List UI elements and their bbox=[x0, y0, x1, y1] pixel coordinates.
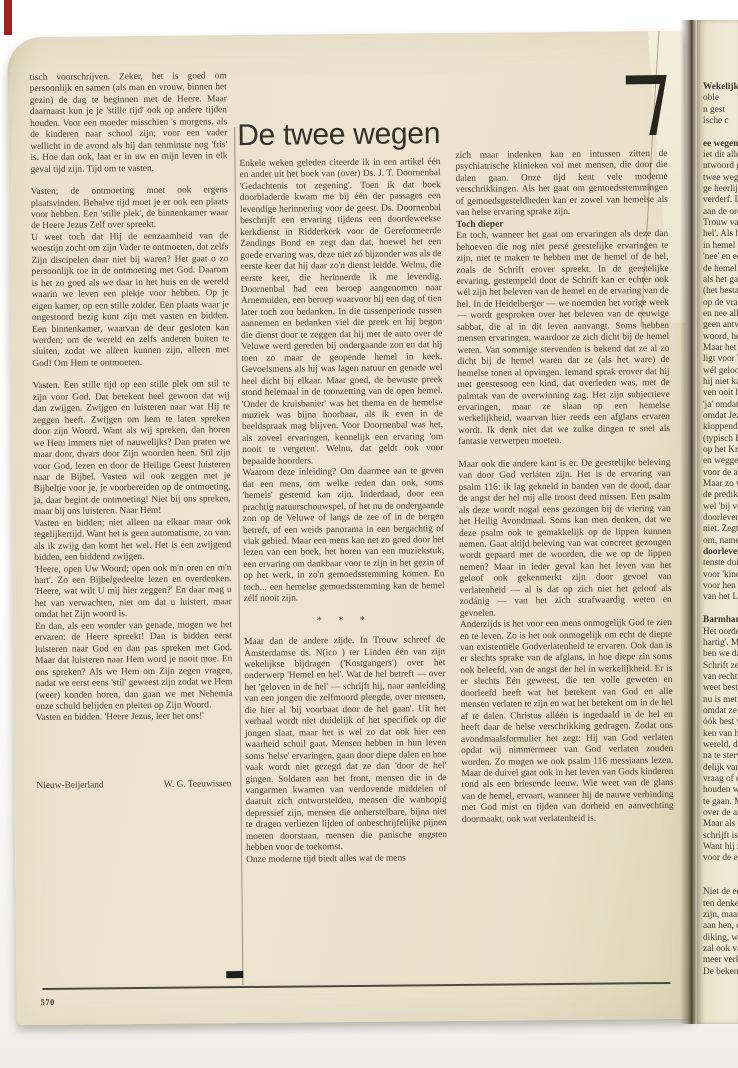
column-end-mark bbox=[226, 971, 243, 978]
text-line bbox=[703, 127, 738, 138]
paragraph: Enkele weken geleden citeerde ik in een … bbox=[239, 157, 443, 468]
paragraph: Vasten; de ontmoeting moet ook ergens pl… bbox=[31, 185, 228, 233]
text-line: De beken bbox=[703, 967, 738, 978]
text-line: delijk van bbox=[703, 763, 738, 774]
text-line: doorleven n bbox=[703, 513, 738, 524]
text-line: geen antwo bbox=[703, 320, 738, 331]
text-line: na te sterve bbox=[703, 751, 738, 762]
text-line: Maar als d bbox=[703, 819, 738, 830]
text-line: doorleven bbox=[703, 547, 738, 558]
text-line: te gaan. M bbox=[703, 797, 738, 808]
paragraph: Maar dan de andere zijde. In Trouw schre… bbox=[244, 635, 447, 855]
paragraph: Vasten. Een stille tijd op een stille pl… bbox=[33, 379, 231, 518]
text-line: diking, wa bbox=[703, 933, 738, 944]
article-signature: Nieuw-Beijerland W. G. Teeuwissen bbox=[36, 779, 233, 792]
text-line: Niet de een bbox=[703, 887, 738, 898]
text-line: ken van hc bbox=[703, 729, 738, 740]
text-line: woord, het bbox=[703, 332, 738, 343]
text-line: (het bestaa bbox=[703, 286, 738, 297]
corner-bracket-mark bbox=[626, 75, 669, 137]
signature-author: W. G. Teeuwissen bbox=[164, 779, 232, 791]
magazine-right-page: Wekelijkoblen gestische cee wegeniet dit… bbox=[697, 20, 738, 1024]
text-line: ben we dar bbox=[703, 649, 738, 660]
text-line: voor de alg bbox=[703, 468, 738, 479]
text-line: kloppend h. bbox=[703, 422, 738, 433]
text-line: zal ook var bbox=[703, 944, 738, 955]
text-line: wereld, die bbox=[703, 740, 738, 751]
text-line: voor hen di bbox=[703, 581, 738, 592]
text-line: zijn, maar bbox=[703, 910, 738, 921]
paragraph: Onze moderne tijd biedt alles wat de men… bbox=[246, 853, 447, 866]
paragraph: Waarom deze inleiding? Om daarmee aan te… bbox=[242, 466, 444, 605]
text-line: Wekelijk bbox=[703, 82, 738, 93]
text-line: ntwoord g bbox=[703, 161, 738, 172]
text-line: ee wegen bbox=[703, 139, 738, 150]
text-line: meer verkw bbox=[703, 955, 738, 966]
text-line: Trouw van bbox=[703, 218, 738, 229]
text-line: niet. Zegt c bbox=[703, 524, 738, 535]
column-1: tisch voorschrijven. Zeker, het is goed … bbox=[30, 71, 234, 792]
text-line: en weggedr bbox=[703, 456, 738, 467]
text-line: óók best va bbox=[703, 717, 738, 728]
paragraph: En dan, als een wonder van genade, mogen… bbox=[35, 620, 233, 714]
text-line: op het Kru bbox=[703, 445, 738, 456]
text-line: de hemel b bbox=[703, 264, 738, 275]
magazine-left-page: tisch voorschrijven. Zeker, het is goed … bbox=[7, 31, 692, 1025]
text-line: weet best v bbox=[703, 683, 738, 694]
text-line: voor de ee bbox=[703, 853, 738, 864]
paragraph: Anderzijds is het voor een mens onmogeli… bbox=[460, 618, 674, 826]
text-line: Schrift zegt bbox=[703, 661, 738, 672]
signature-place: Nieuw-Beijerland bbox=[36, 780, 103, 792]
paragraph: 'Heere, open Uw Woord; open ook m'n oren… bbox=[34, 563, 232, 622]
text-line: ven ooit het bbox=[703, 388, 738, 399]
paragraph: tisch voorschrijven. Zeker, het is goed … bbox=[30, 71, 228, 176]
paragraph: En toch, wanneer het gaat om ervaringen … bbox=[456, 229, 670, 449]
text-line: en nee alleb bbox=[703, 309, 738, 320]
text-line: twee wegen bbox=[703, 173, 738, 184]
paragraph: U weet toch dat Hij de eenzaamheid van d… bbox=[31, 231, 229, 370]
text-line: voor 'kinde bbox=[703, 570, 738, 581]
text-line: om, nameli bbox=[703, 536, 738, 547]
text-line: hartig'. Ma bbox=[703, 638, 738, 649]
page-number: 570 bbox=[40, 997, 54, 1007]
section-separator: * * * bbox=[244, 614, 445, 627]
text-line: Maar zo we bbox=[703, 479, 738, 490]
column-2: Enkele weken geleden citeerde ik in een … bbox=[239, 157, 447, 866]
text-line: n gest bbox=[703, 105, 738, 116]
text-line: wel 'bij voc bbox=[703, 502, 738, 513]
text-line: aan de orde bbox=[703, 207, 738, 218]
text-line: ische c bbox=[703, 116, 738, 127]
text-line: ligt voor Te bbox=[703, 354, 738, 365]
text-line bbox=[703, 604, 738, 615]
right-page-text-column: Wekelijkoblen gestische cee wegeniet dit… bbox=[703, 82, 738, 978]
text-line: 'ja' omdat bbox=[703, 400, 738, 411]
article-title: De twee wegen bbox=[237, 117, 440, 153]
text-line: aan hen, di bbox=[703, 921, 738, 932]
text-line: houden we bbox=[703, 785, 738, 796]
text-line: hel'. Als het bbox=[703, 229, 738, 240]
text-line: nu is met m bbox=[703, 695, 738, 706]
text-line: ten denken bbox=[703, 899, 738, 910]
text-line: Barmhartig bbox=[703, 615, 738, 626]
text-line: de predikin bbox=[703, 490, 738, 501]
text-line: Want hij zc bbox=[703, 842, 738, 853]
text-line: als het gaat bbox=[703, 275, 738, 286]
text-line: omdat ze n bbox=[703, 706, 738, 717]
paragraph: Maar ook die andere kant is er. De geest… bbox=[458, 458, 672, 620]
text-line: wél gelooft bbox=[703, 366, 738, 377]
footer-rule bbox=[42, 982, 670, 990]
text-line: schrijft is bbox=[703, 831, 738, 842]
text-line: iet dit alle bbox=[703, 150, 738, 161]
text-line: vraag of en bbox=[703, 774, 738, 785]
paragraph: zich maar indenken kan en intussen zitte… bbox=[455, 149, 668, 220]
paragraph: Vasten en bidden. 'Heere Jezus, leer het… bbox=[36, 712, 233, 725]
column-3: zich maar indenken kan en intussen zitte… bbox=[455, 149, 673, 826]
text-line: verderf. De bbox=[703, 195, 738, 206]
text-line: ge heerlijkh bbox=[703, 184, 738, 195]
text-line: tenste duist bbox=[703, 558, 738, 569]
text-line: 'nee' en een bbox=[703, 252, 738, 263]
text-line: omdat Jezu bbox=[703, 411, 738, 422]
text-line bbox=[703, 876, 738, 887]
text-line bbox=[703, 865, 738, 876]
red-corner-mark bbox=[4, 0, 12, 35]
paragraph: Vasten en bidden; niet alleen na elkaar … bbox=[34, 517, 231, 565]
text-line: hij niet kan bbox=[703, 377, 738, 388]
text-line: Het oordee bbox=[703, 627, 738, 638]
text-line: Maar het ve bbox=[703, 343, 738, 354]
text-line: in hemel er bbox=[703, 241, 738, 252]
scanned-magazine-spread: tisch voorschrijven. Zeker, het is goed … bbox=[0, 0, 738, 1068]
text-line: oble bbox=[703, 93, 738, 104]
text-line: over de an bbox=[703, 808, 738, 819]
text-line: (typisch Ba bbox=[703, 434, 738, 445]
text-line: van rechtva bbox=[703, 672, 738, 683]
text-line: van het La bbox=[703, 592, 738, 603]
text-line: op de vraag bbox=[703, 298, 738, 309]
